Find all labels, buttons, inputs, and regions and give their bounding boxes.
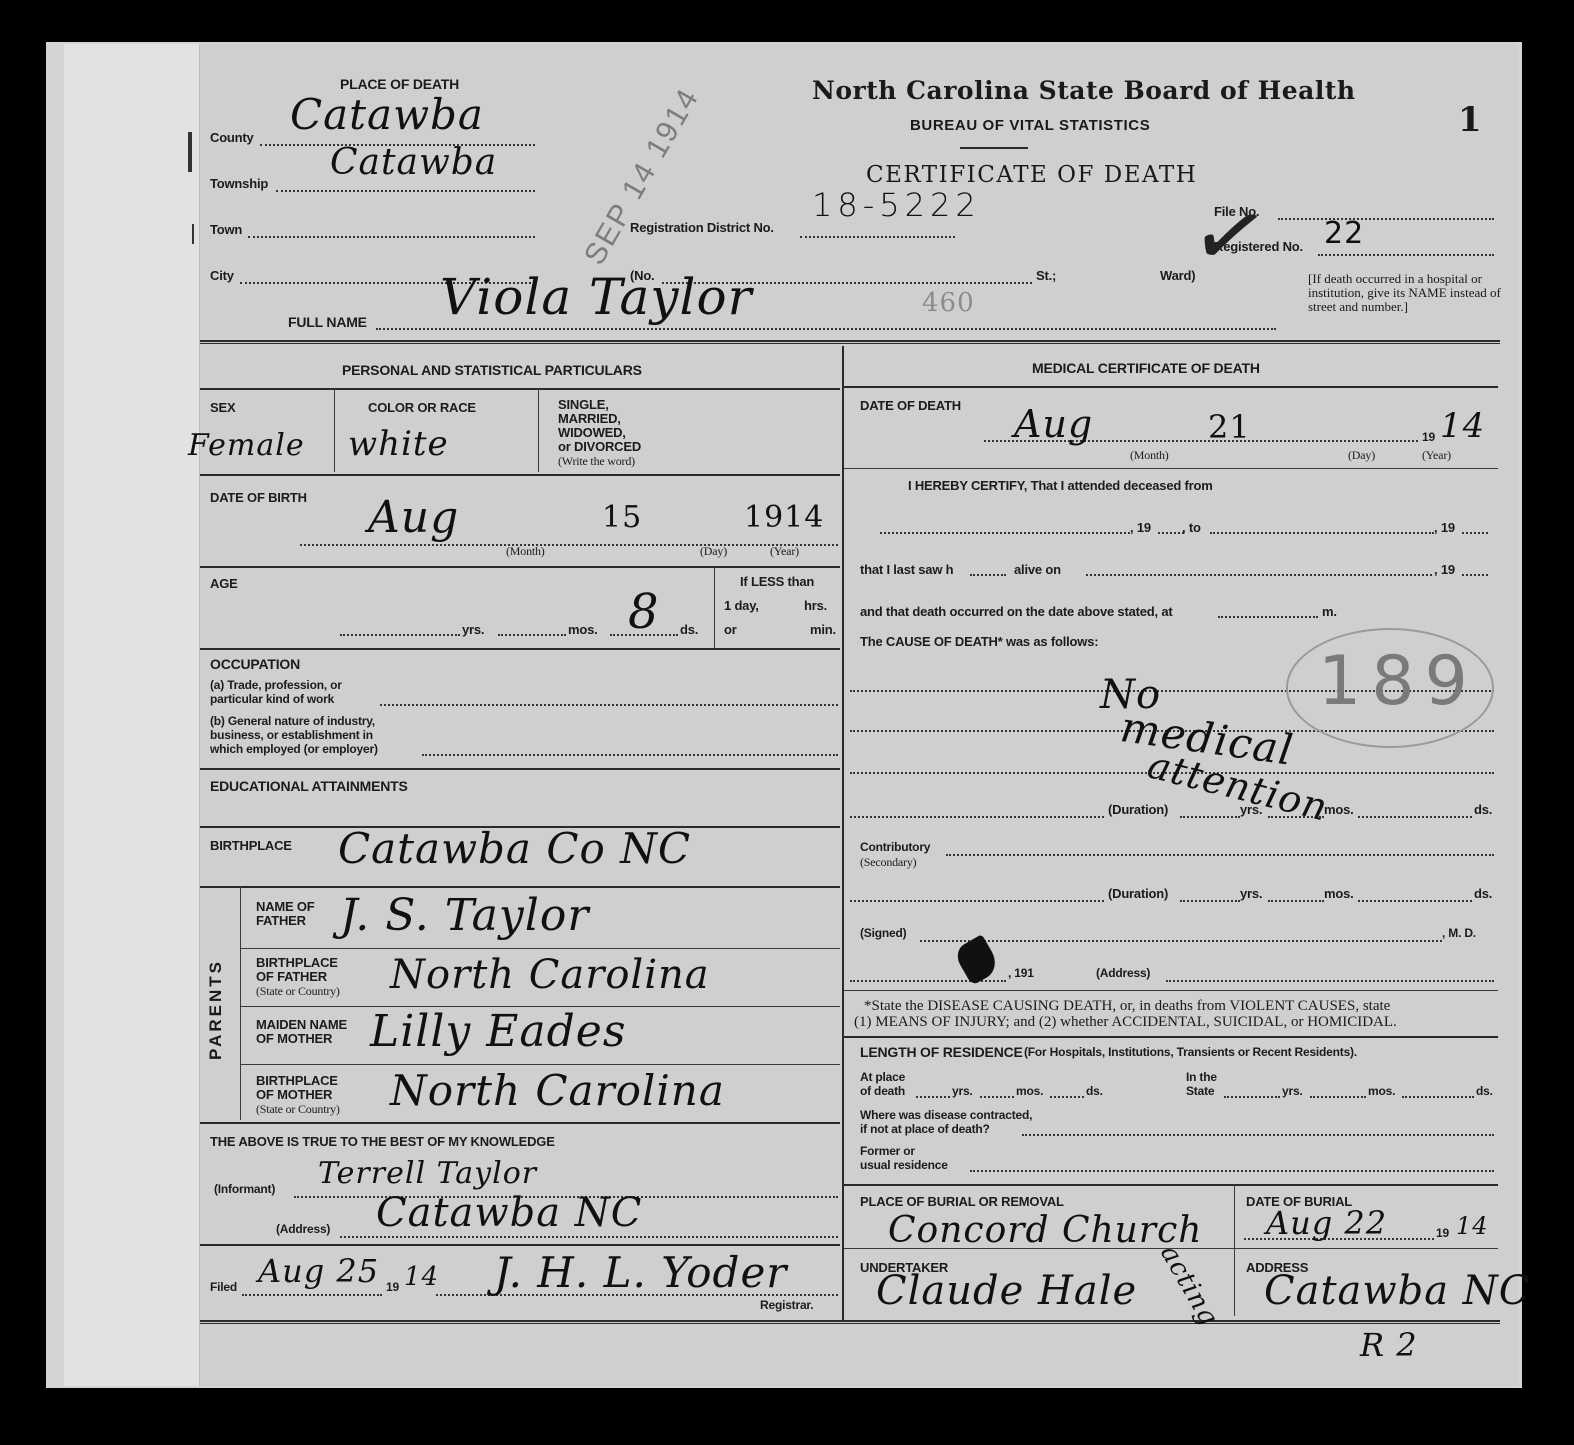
race-label: COLOR OR RACE xyxy=(368,400,476,415)
parents-section-label: PARENTS xyxy=(206,959,226,1060)
rule xyxy=(844,1184,1498,1186)
rule xyxy=(200,768,840,770)
label-line: Where was disease contracted, xyxy=(860,1108,1032,1122)
margin-mark xyxy=(192,224,194,244)
occupation-heading: OCCUPATION xyxy=(210,656,300,672)
in-state-mos-line xyxy=(1310,1096,1366,1098)
month-caption: (Month) xyxy=(506,544,545,559)
rule xyxy=(844,386,1498,388)
informant-address-value[interactable]: Catawba NC xyxy=(376,1190,642,1236)
rule xyxy=(200,648,840,650)
last-saw-text: that I last saw h xyxy=(860,562,953,577)
contributory-line-2 xyxy=(850,900,1104,902)
town-label: Town xyxy=(210,222,242,237)
less-hrs-label: hrs. xyxy=(804,598,827,613)
at-place-mos-label: mos. xyxy=(1016,1084,1043,1098)
certificate-title: CERTIFICATE OF DEATH xyxy=(866,162,1197,188)
filed-date[interactable]: Aug 25 xyxy=(258,1252,379,1290)
contracted-label: Where was disease contracted, if not at … xyxy=(860,1108,1032,1136)
last-saw-year: , 19 xyxy=(1434,562,1455,577)
in-state-label: In the State xyxy=(1186,1070,1217,1098)
at-place-ds-label: ds. xyxy=(1086,1084,1103,1098)
cause-label: The CAUSE OF DEATH* was as follows: xyxy=(860,634,1098,649)
label-line: of death xyxy=(860,1084,905,1098)
personal-heading: PERSONAL AND STATISTICAL PARTICULARS xyxy=(342,362,642,378)
marital-line: or DIVORCED xyxy=(558,440,641,454)
township-line xyxy=(276,190,535,192)
township-value[interactable]: Catawba xyxy=(330,142,497,183)
label-line: (State or Country) xyxy=(256,1102,340,1116)
burial-place-label: PLACE OF BURIAL OR REMOVAL xyxy=(860,1194,1064,1209)
contrib-mos-label: mos. xyxy=(1324,886,1354,901)
date-of-death-label: DATE OF DEATH xyxy=(860,398,961,413)
contrib-yrs-line xyxy=(1180,900,1240,902)
title-rule xyxy=(960,147,1028,149)
checkmark-icon: ✓ xyxy=(1182,177,1278,295)
less-than-label: If LESS than xyxy=(740,574,814,589)
street-label: St.; xyxy=(1036,268,1056,283)
age-mos-line xyxy=(498,634,566,636)
birthplace-label: BIRTHPLACE xyxy=(210,838,292,853)
alive-on-text: alive on xyxy=(1014,562,1061,577)
header-divider xyxy=(200,340,1500,344)
md-label: , M. D. xyxy=(1442,926,1476,940)
circled-reference-number: 189 xyxy=(1318,642,1478,721)
occupation-line: which employed (or employer) xyxy=(210,742,378,756)
dod-year-caption: (Year) xyxy=(1422,448,1451,463)
dod-day-caption: (Day) xyxy=(1348,448,1375,463)
education-label: EDUCATIONAL ATTAINMENTS xyxy=(210,778,408,794)
cause-footnote-line-2: (1) MEANS OF INJURY; and (2) whether ACC… xyxy=(854,1014,1397,1030)
county-value[interactable]: Catawba xyxy=(290,90,484,139)
rule xyxy=(200,388,840,390)
label-line: (State or Country) xyxy=(256,984,340,998)
label-line: OF MOTHER xyxy=(256,1088,340,1102)
marital-hint: (Write the word) xyxy=(558,454,641,468)
rule xyxy=(714,566,715,648)
rule xyxy=(200,1122,840,1124)
label-line: State xyxy=(1186,1084,1217,1098)
label-line: if not at place of death? xyxy=(860,1122,1032,1136)
at-place-label: At place of death xyxy=(860,1070,905,1098)
in-state-yrs-label: yrs. xyxy=(1282,1084,1303,1098)
former-residence-label: Former or usual residence xyxy=(860,1144,948,1172)
attended-year-b: , 19 xyxy=(1434,520,1455,535)
township-label: Township xyxy=(210,176,268,191)
dod-day[interactable]: 21 xyxy=(1208,408,1251,446)
contributory-line xyxy=(946,854,1494,856)
signed-date-line xyxy=(850,980,1006,982)
registration-district-line xyxy=(800,236,955,238)
cause-line-4 xyxy=(850,816,1104,818)
medical-heading: MEDICAL CERTIFICATE OF DEATH xyxy=(1032,360,1260,376)
day-caption: (Day) xyxy=(700,544,727,559)
mother-birthplace-value[interactable]: North Carolina xyxy=(390,1066,725,1115)
signed-line xyxy=(920,940,1442,942)
cause-mos-label: mos. xyxy=(1324,802,1354,817)
less-or-label: or xyxy=(724,622,737,637)
age-ds-label: ds. xyxy=(680,622,698,637)
rule xyxy=(1234,1184,1235,1316)
rule xyxy=(200,1244,840,1246)
marital-line: SINGLE, xyxy=(558,398,641,412)
dod-year-prefix: 19 xyxy=(1422,430,1435,444)
attended-to-line xyxy=(1210,532,1434,534)
age-days-value[interactable]: 8 xyxy=(628,584,660,640)
filed-label: Filed xyxy=(210,1280,237,1294)
label-line: BIRTHPLACE xyxy=(256,1074,340,1088)
former-residence-line xyxy=(970,1170,1494,1172)
occurred-m: m. xyxy=(1322,604,1337,619)
occupation-a-line xyxy=(380,704,838,706)
mother-name-value[interactable]: Lilly Eades xyxy=(370,1006,626,1057)
label-line: OF FATHER xyxy=(256,970,340,984)
father-birthplace-label: BIRTHPLACE OF FATHER (State or Country) xyxy=(256,956,340,998)
rule xyxy=(200,886,840,888)
cause-ds-label: ds. xyxy=(1474,802,1492,817)
label-line: OF MOTHER xyxy=(256,1032,347,1046)
file-no-line xyxy=(1278,218,1494,220)
dob-year[interactable]: 1914 xyxy=(744,500,824,535)
residence-heading-note: (For Hospitals, Institutions, Transients… xyxy=(1024,1045,1357,1059)
burial-year-prefix: 19 xyxy=(1436,1226,1449,1240)
occupation-line: (b) General nature of industry, xyxy=(210,714,378,728)
less-min-label: min. xyxy=(810,622,836,637)
board-title: North Carolina State Board of Health xyxy=(812,76,1356,105)
full-name-value[interactable]: Viola Taylor xyxy=(440,268,753,326)
full-name-annotation: 460 xyxy=(922,288,975,318)
registered-no-line xyxy=(1318,254,1494,256)
attended-to: , to xyxy=(1182,520,1201,535)
occupation-a-label: (a) Trade, profession, or particular kin… xyxy=(210,678,342,706)
burial-year[interactable]: 14 xyxy=(1456,1212,1489,1240)
attended-year-a: , 19 xyxy=(1130,520,1151,535)
occupation-b-line xyxy=(422,754,838,756)
town-line xyxy=(248,236,535,238)
contributory-duration-label: (Duration) xyxy=(1108,886,1168,901)
at-place-mos-line xyxy=(980,1096,1014,1098)
undertaker-address-route: R 2 xyxy=(1360,1326,1418,1364)
sex-value[interactable]: Female xyxy=(188,428,305,463)
contrib-mos-line xyxy=(1268,900,1324,902)
registered-no-value[interactable]: 22 xyxy=(1324,216,1364,251)
at-place-yrs-label: yrs. xyxy=(952,1084,973,1098)
rule xyxy=(334,388,335,472)
occupation-line: (a) Trade, profession, or xyxy=(210,678,342,692)
rule xyxy=(200,566,840,568)
dod-month-caption: (Month) xyxy=(1130,448,1169,463)
signed-year-prefix: , 191 xyxy=(1008,966,1034,980)
attended-year-b-line xyxy=(1462,532,1488,534)
last-saw-date-line xyxy=(1086,574,1432,576)
filed-date-line xyxy=(242,1294,382,1296)
undertaker-address-value[interactable]: Catawba NC xyxy=(1264,1268,1530,1314)
occurred-text: and that death occurred on the date abov… xyxy=(860,604,1173,619)
undertaker-value[interactable]: Claude Hale xyxy=(876,1268,1137,1314)
marital-line: MARRIED, xyxy=(558,412,641,426)
at-place-ds-line xyxy=(1050,1096,1084,1098)
contrib-ds-line xyxy=(1358,900,1472,902)
cause-yrs-line xyxy=(1180,816,1240,818)
in-state-ds-line xyxy=(1402,1096,1474,1098)
city-label: City xyxy=(210,268,234,283)
dod-month[interactable]: Aug xyxy=(1014,402,1093,446)
dob-label: DATE OF BIRTH xyxy=(210,490,307,505)
marital-status-label: SINGLE, MARRIED, WIDOWED, or DIVORCED (W… xyxy=(558,398,641,468)
in-state-mos-label: mos. xyxy=(1368,1084,1395,1098)
age-label: AGE xyxy=(210,576,238,591)
father-name-value[interactable]: J. S. Taylor xyxy=(340,890,589,941)
last-saw-pronoun-line xyxy=(970,574,1006,576)
rule xyxy=(844,1036,1498,1038)
certify-text: I HEREBY CERTIFY, That I attended deceas… xyxy=(908,478,1213,493)
burial-date-value[interactable]: Aug 22 xyxy=(1266,1204,1387,1242)
contracted-line xyxy=(1022,1134,1494,1136)
binding-margin xyxy=(64,44,200,1386)
signed-address-line xyxy=(1166,980,1494,982)
hospital-note: [If death occurred in a hospital or inst… xyxy=(1308,272,1508,314)
rule xyxy=(240,886,241,1120)
residence-heading: LENGTH OF RESIDENCE xyxy=(860,1044,1023,1060)
informant-address-line xyxy=(340,1236,838,1238)
age-mos-label: mos. xyxy=(568,622,598,637)
in-state-ds-label: ds. xyxy=(1476,1084,1493,1098)
label-line: BIRTHPLACE xyxy=(256,956,340,970)
received-date-stamp: SEP 14 1914 xyxy=(578,82,707,271)
informant-label: (Informant) xyxy=(214,1182,275,1196)
father-birthplace-value[interactable]: North Carolina xyxy=(390,952,710,998)
rule xyxy=(538,388,539,472)
page-number: 1 xyxy=(1458,100,1482,140)
rule xyxy=(844,990,1498,991)
label-line: At place xyxy=(860,1070,905,1084)
county-label: County xyxy=(210,130,254,145)
registration-district-label: Registration District No. xyxy=(630,220,774,235)
occupation-line: particular kind of work xyxy=(210,692,342,706)
label-line: NAME OF xyxy=(256,900,315,914)
birthplace-value[interactable]: Catawba Co NC xyxy=(338,824,691,873)
death-certificate-form: PLACE OF DEATH North Carolina State Boar… xyxy=(200,44,1518,1386)
year-caption: (Year) xyxy=(770,544,799,559)
cause-footnote-line-1: *State the DISEASE CAUSING DEATH, or, in… xyxy=(864,998,1390,1014)
registration-district-value[interactable]: 18-5222 xyxy=(812,186,981,224)
occupation-line: business, or establishment in xyxy=(210,728,378,742)
footer-divider xyxy=(200,1320,1500,1324)
label-line: FATHER xyxy=(256,914,315,928)
filed-year-prefix: 19 xyxy=(386,1280,399,1294)
less-day-label: 1 day, xyxy=(724,598,759,613)
attended-from-line xyxy=(880,532,1130,534)
signed-address-label: (Address) xyxy=(1096,966,1150,980)
undertaker-note: acting xyxy=(1154,1240,1224,1331)
attended-year-a-line xyxy=(1158,532,1184,534)
filed-year[interactable]: 14 xyxy=(404,1262,439,1292)
dob-day[interactable]: 15 xyxy=(602,500,642,535)
full-name-line xyxy=(376,328,1276,330)
age-yrs-label: yrs. xyxy=(462,622,484,637)
label-line: Former or xyxy=(860,1144,948,1158)
mother-name-label: MAIDEN NAME OF MOTHER xyxy=(256,1018,347,1046)
cause-ds-line xyxy=(1358,816,1472,818)
informant-heading: THE ABOVE IS TRUE TO THE BEST OF MY KNOW… xyxy=(210,1134,555,1149)
registrar-signature[interactable]: J. H. L. Yoder xyxy=(494,1248,787,1297)
contrib-ds-label: ds. xyxy=(1474,886,1492,901)
rule xyxy=(200,474,840,476)
marital-line: WIDOWED, xyxy=(558,426,641,440)
age-yrs-line xyxy=(340,634,460,636)
in-state-yrs-line xyxy=(1224,1096,1280,1098)
rule xyxy=(240,948,840,949)
mother-birthplace-label: BIRTHPLACE OF MOTHER (State or Country) xyxy=(256,1074,340,1116)
at-place-yrs-line xyxy=(916,1096,950,1098)
informant-value[interactable]: Terrell Taylor xyxy=(318,1156,537,1191)
contributory-label: Contributory xyxy=(860,840,930,854)
informant-address-label: (Address) xyxy=(276,1222,330,1236)
occupation-b-label: (b) General nature of industry, business… xyxy=(210,714,378,756)
dob-month[interactable]: Aug xyxy=(368,492,459,543)
contrib-yrs-label: yrs. xyxy=(1240,886,1262,901)
registrar-label: Registrar. xyxy=(760,1298,813,1312)
cause-duration-label: (Duration) xyxy=(1108,802,1168,817)
dob-line xyxy=(300,544,838,546)
margin-mark xyxy=(188,132,192,172)
race-value[interactable]: white xyxy=(348,424,449,464)
full-name-label: FULL NAME xyxy=(288,314,367,330)
sex-label: SEX xyxy=(210,400,235,415)
column-divider xyxy=(842,346,844,1321)
rule xyxy=(240,1064,840,1065)
burial-place-value[interactable]: Concord Church xyxy=(888,1210,1202,1251)
column-divider-lower xyxy=(842,1186,844,1318)
label-line: MAIDEN NAME xyxy=(256,1018,347,1032)
bureau-title: BUREAU OF VITAL STATISTICS xyxy=(910,117,1150,134)
father-name-label: NAME OF FATHER xyxy=(256,900,315,928)
rule xyxy=(844,468,1498,469)
dod-year[interactable]: 14 xyxy=(1440,406,1485,446)
secondary-label: (Secondary) xyxy=(860,855,916,870)
signed-label: (Signed) xyxy=(860,926,906,940)
label-line: usual residence xyxy=(860,1158,948,1172)
label-line: In the xyxy=(1186,1070,1217,1084)
last-saw-year-line xyxy=(1462,574,1488,576)
occurred-time-line xyxy=(1218,616,1318,618)
